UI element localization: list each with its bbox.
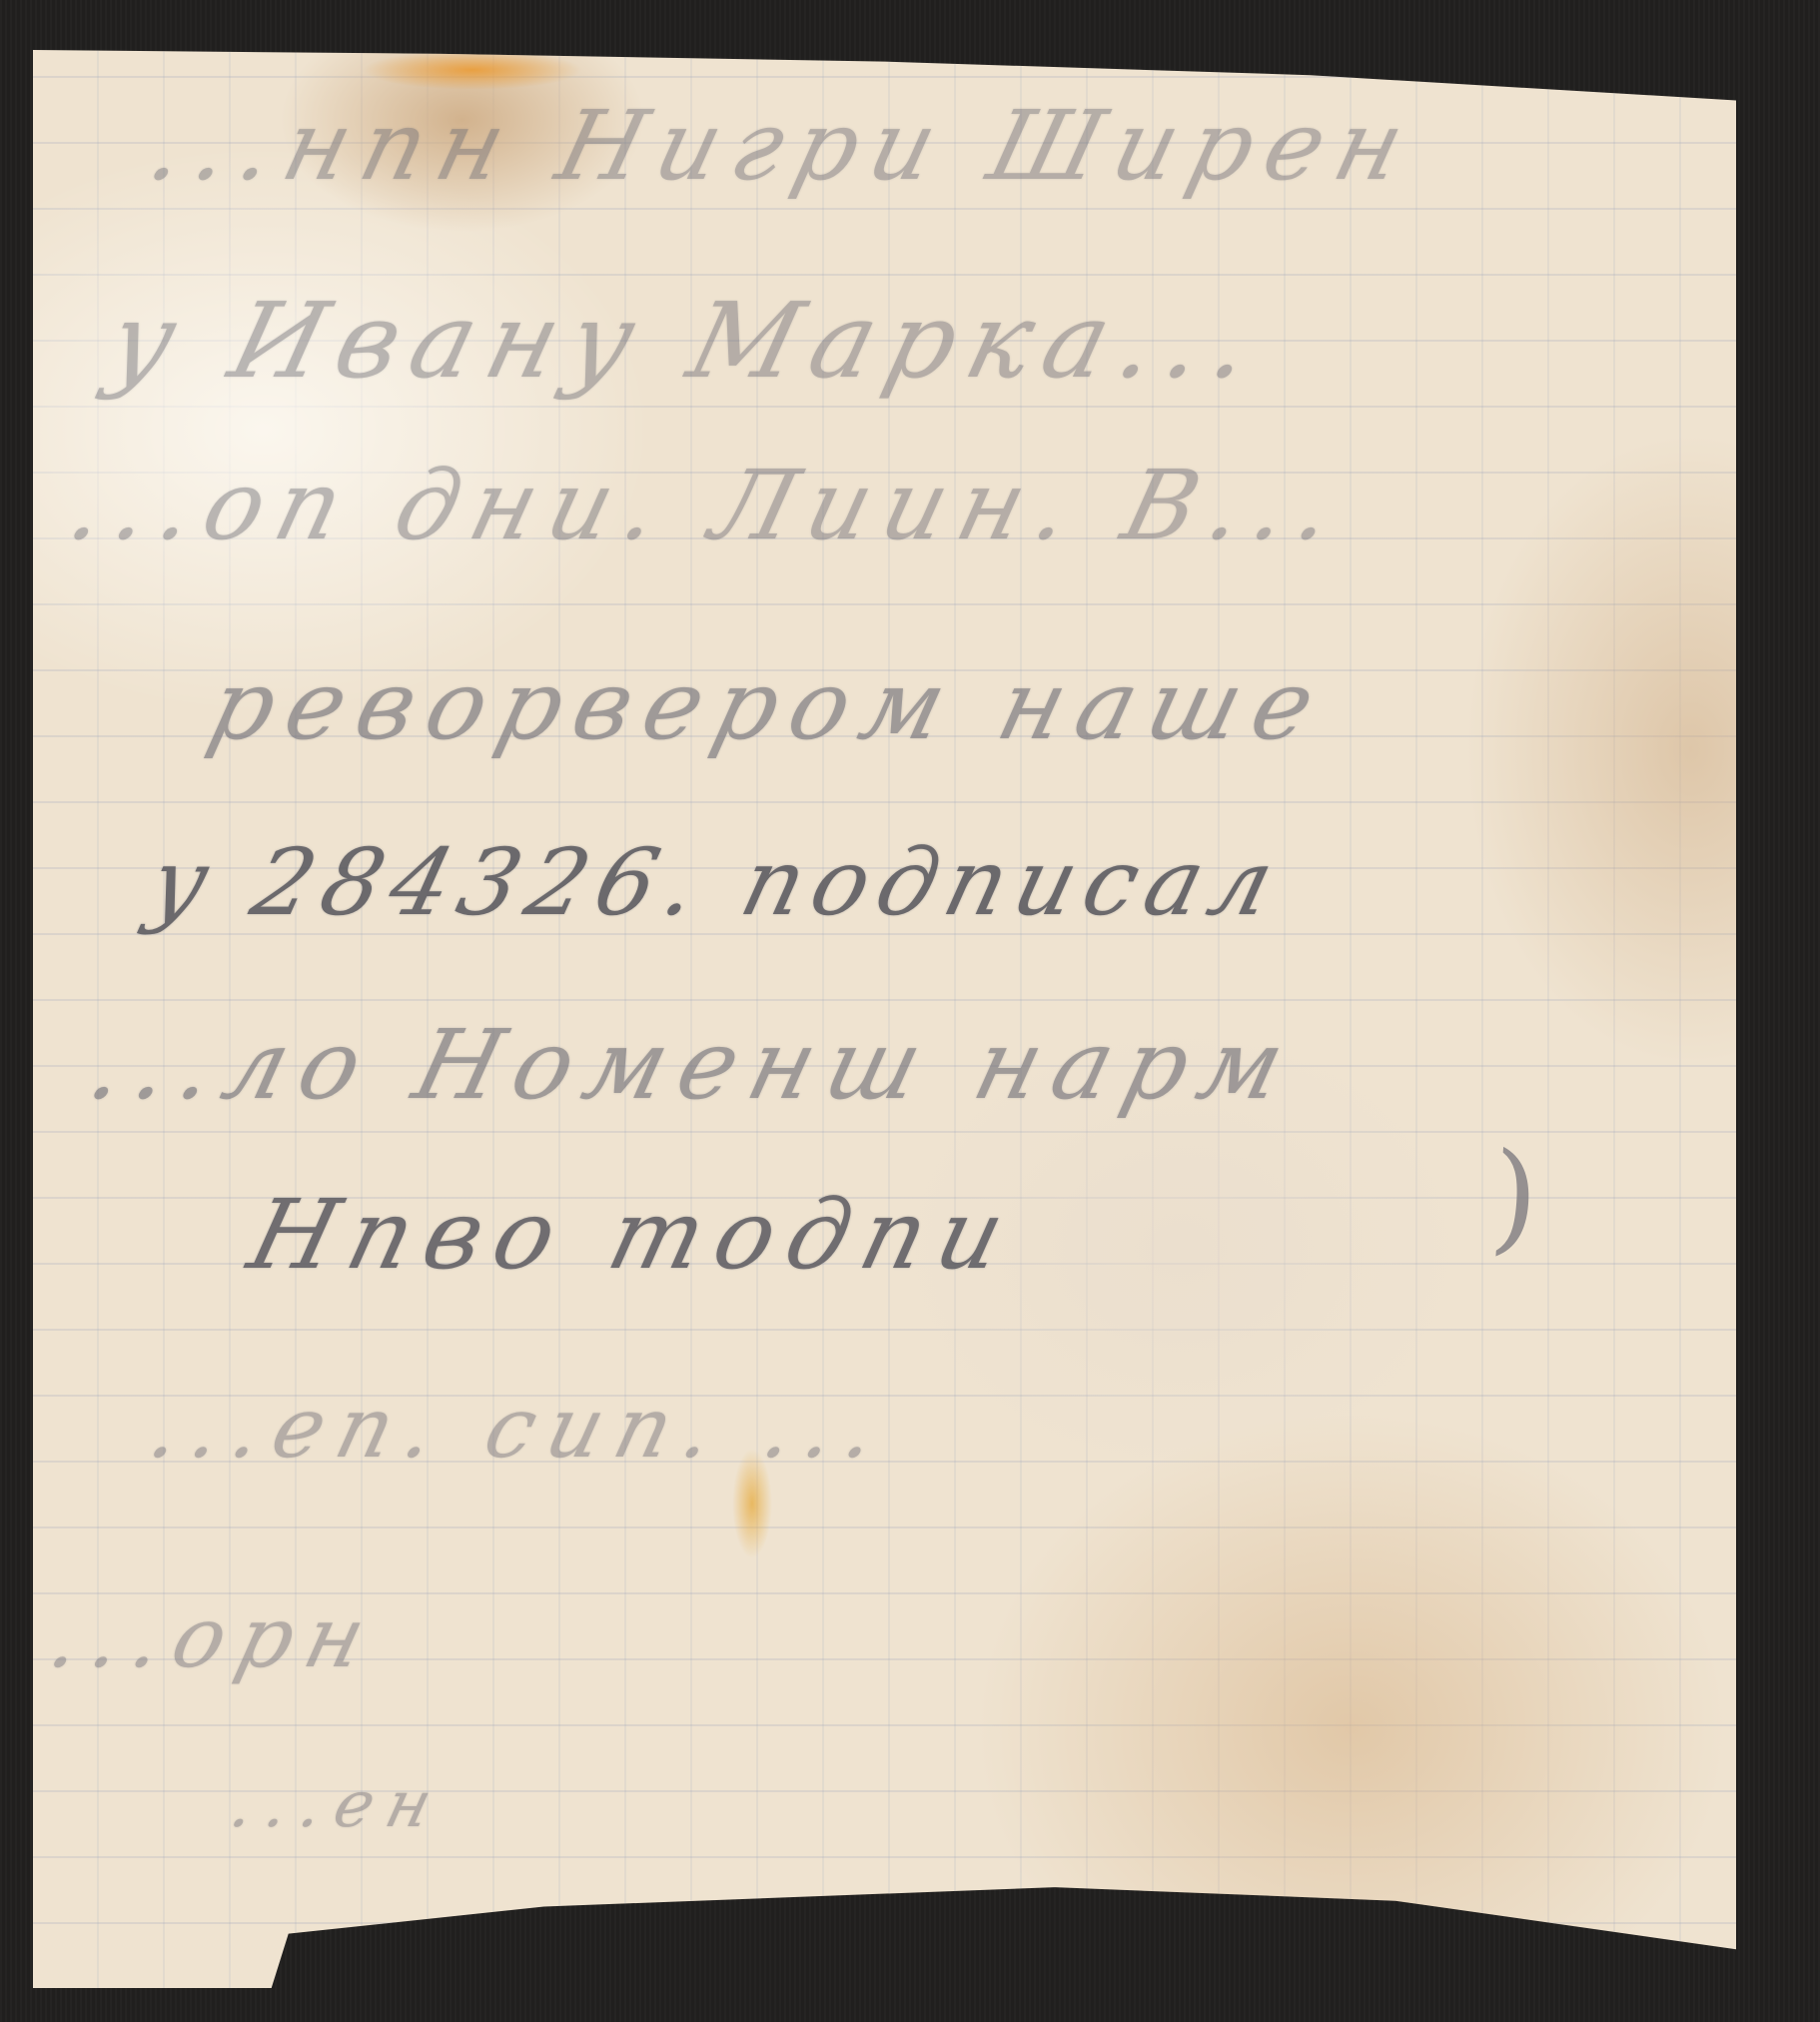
handwritten-line-7: Нпво тодпи: [239, 1179, 1029, 1291]
handwritten-line-9: ...орн: [41, 1588, 389, 1686]
stain-top: [363, 50, 582, 90]
paper-fragment: ...нпн Нигри Ширен у Ивану Марка... ...о…: [33, 50, 1736, 1988]
handwritten-line-3: ...оп дни. Лиин. В...: [59, 450, 1359, 561]
handwritten-line-2: у Ивану Марка...: [98, 280, 1278, 402]
handwritten-line-4: реворвеpoм наше: [199, 649, 1340, 761]
handwritten-line-1: ...нпн Нигри Ширен: [139, 90, 1428, 202]
handwritten-line-8: ...еп. сип. ...: [141, 1379, 901, 1477]
bracket-mark: ): [1486, 1128, 1542, 1270]
handwritten-line-10: ...ен: [224, 1768, 454, 1842]
handwritten-line-6: ...ло Номенш нарм: [79, 1009, 1309, 1121]
handwritten-line-5-number: у 284326. подписал: [140, 829, 1294, 936]
